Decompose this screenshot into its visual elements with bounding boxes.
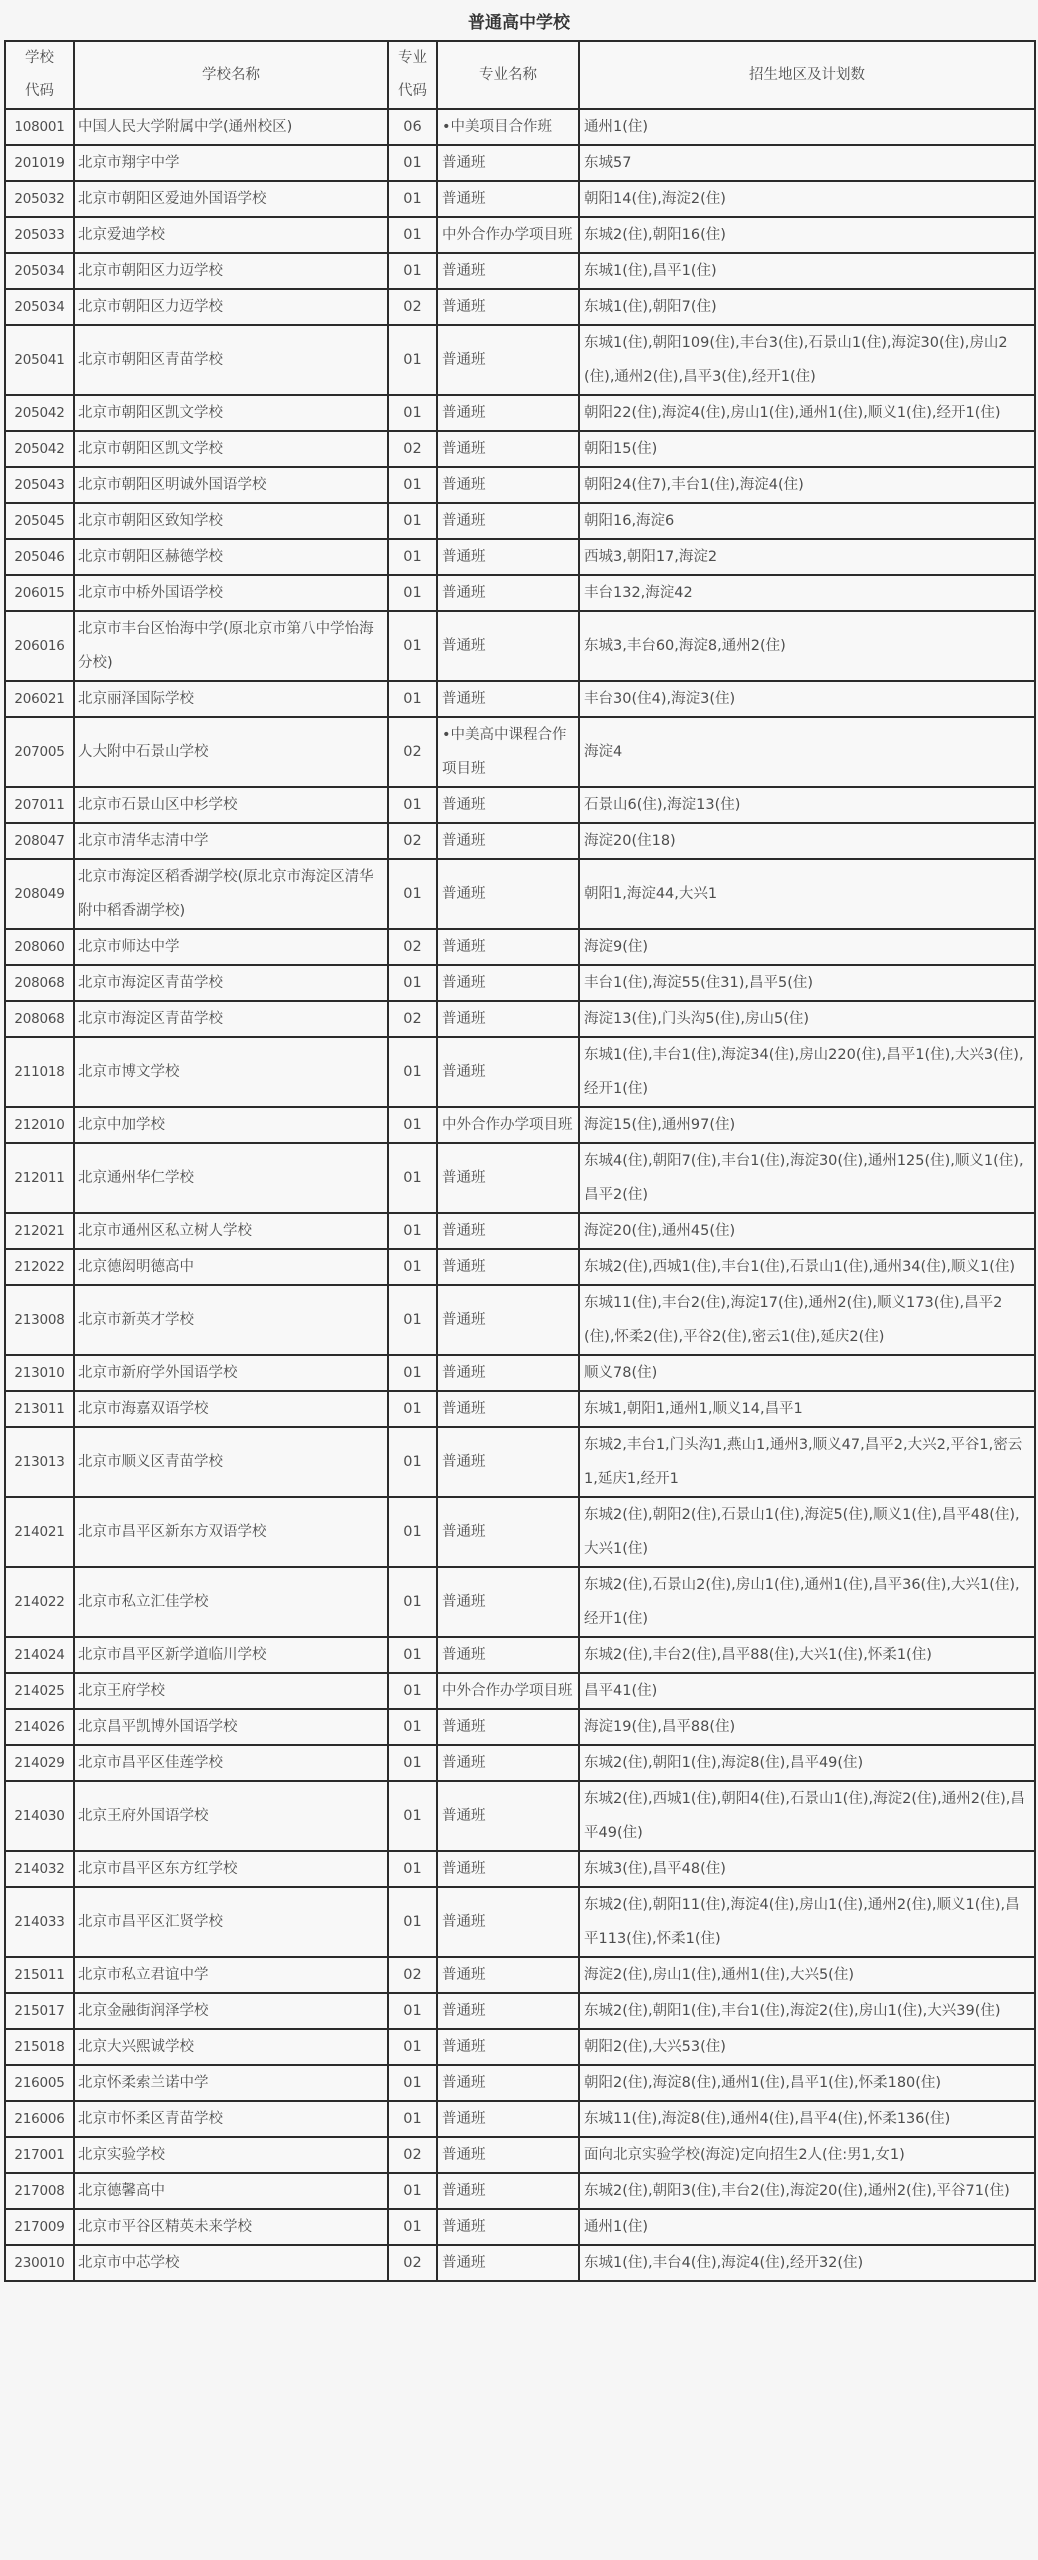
major-code-cell: 01 — [388, 787, 437, 823]
major-code-cell: 01 — [388, 467, 437, 503]
school-name-cell: 北京王府学校 — [74, 1673, 388, 1709]
major-code-cell: 01 — [388, 681, 437, 717]
school-code-cell: 205042 — [5, 395, 74, 431]
school-code-cell: 205041 — [5, 325, 74, 395]
table-row: 205033北京爱迪学校01中外合作办学项目班东城2(住),朝阳16(住) — [5, 217, 1035, 253]
table-row: 214022北京市私立汇佳学校01普通班东城2(住),石景山2(住),房山1(住… — [5, 1567, 1035, 1637]
school-code-cell: 217009 — [5, 2209, 74, 2245]
table-row: 230010北京市中芯学校02普通班东城1(住),丰台4(住),海淀4(住),经… — [5, 2245, 1035, 2281]
school-name-cell: 北京市博文学校 — [74, 1037, 388, 1107]
major-code-cell: 01 — [388, 1497, 437, 1567]
plan-cell: 朝阳22(住),海淀4(住),房山1(住),通州1(住),顺义1(住),经开1(… — [579, 395, 1035, 431]
plan-cell: 东城3(住),昌平48(住) — [579, 1851, 1035, 1887]
table-row: 208060北京市师达中学02普通班海淀9(住) — [5, 929, 1035, 965]
plan-cell: 通州1(住) — [579, 2209, 1035, 2245]
table-row: 207011北京市石景山区中杉学校01普通班石景山6(住),海淀13(住) — [5, 787, 1035, 823]
table-row: 212010北京中加学校01中外合作办学项目班海淀15(住),通州97(住) — [5, 1107, 1035, 1143]
plan-cell: 海淀15(住),通州97(住) — [579, 1107, 1035, 1143]
table-row: 214021北京市昌平区新东方双语学校01普通班东城2(住),朝阳2(住),石景… — [5, 1497, 1035, 1567]
major-code-cell: 02 — [388, 2245, 437, 2281]
table-row: 208068北京市海淀区青苗学校01普通班丰台1(住),海淀55(住31),昌平… — [5, 965, 1035, 1001]
major-code-cell: 01 — [388, 859, 437, 929]
table-row: 206015北京市中桥外国语学校01普通班丰台132,海淀42 — [5, 575, 1035, 611]
header-school-code: 学校 代码 — [5, 41, 74, 109]
school-code-cell: 214021 — [5, 1497, 74, 1567]
major-code-cell: 01 — [388, 503, 437, 539]
school-code-cell: 208060 — [5, 929, 74, 965]
major-name-cell: •中美高中课程合作项目班 — [437, 717, 579, 787]
school-code-cell: 208047 — [5, 823, 74, 859]
header-major-name: 专业名称 — [437, 41, 579, 109]
major-code-cell: 01 — [388, 1673, 437, 1709]
major-name-cell: 普通班 — [437, 1037, 579, 1107]
table-row: 211018北京市博文学校01普通班东城1(住),丰台1(住),海淀34(住),… — [5, 1037, 1035, 1107]
table-row: 207005人大附中石景山学校02•中美高中课程合作项目班海淀4 — [5, 717, 1035, 787]
school-name-cell: 北京市中桥外国语学校 — [74, 575, 388, 611]
school-name-cell: 北京市朝阳区致知学校 — [74, 503, 388, 539]
school-name-cell: 北京市海嘉双语学校 — [74, 1391, 388, 1427]
major-code-cell: 01 — [388, 1213, 437, 1249]
school-name-cell: 北京大兴熙诚学校 — [74, 2029, 388, 2065]
major-code-cell: 01 — [388, 1745, 437, 1781]
major-name-cell: 普通班 — [437, 575, 579, 611]
plan-cell: 昌平41(住) — [579, 1673, 1035, 1709]
major-name-cell: 普通班 — [437, 325, 579, 395]
major-code-cell: 01 — [388, 539, 437, 575]
school-code-cell: 212021 — [5, 1213, 74, 1249]
table-row: 201019北京市翔宇中学01普通班东城57 — [5, 145, 1035, 181]
school-code-cell: 216006 — [5, 2101, 74, 2137]
major-name-cell: •中美项目合作班 — [437, 109, 579, 145]
plan-cell: 海淀2(住),房山1(住),通州1(住),大兴5(住) — [579, 1957, 1035, 1993]
table-row: 213013北京市顺义区青苗学校01普通班东城2,丰台1,门头沟1,燕山1,通州… — [5, 1427, 1035, 1497]
major-code-cell: 01 — [388, 395, 437, 431]
major-name-cell: 普通班 — [437, 611, 579, 681]
major-code-cell: 01 — [388, 575, 437, 611]
school-name-cell: 北京市昌平区佳莲学校 — [74, 1745, 388, 1781]
major-code-cell: 01 — [388, 1709, 437, 1745]
plan-cell: 东城1(住),朝阳7(住) — [579, 289, 1035, 325]
school-name-cell: 北京昌平凯博外国语学校 — [74, 1709, 388, 1745]
table-row: 205041北京市朝阳区青苗学校01普通班东城1(住),朝阳109(住),丰台3… — [5, 325, 1035, 395]
table-row: 217009北京市平谷区精英未来学校01普通班通州1(住) — [5, 2209, 1035, 2245]
major-name-cell: 普通班 — [437, 1249, 579, 1285]
major-code-cell: 01 — [388, 1851, 437, 1887]
major-code-cell: 06 — [388, 109, 437, 145]
plan-cell: 东城1,朝阳1,通州1,顺义14,昌平1 — [579, 1391, 1035, 1427]
school-code-cell: 206015 — [5, 575, 74, 611]
major-name-cell: 中外合作办学项目班 — [437, 1673, 579, 1709]
plan-cell: 丰台1(住),海淀55(住31),昌平5(住) — [579, 965, 1035, 1001]
plan-cell: 朝阳2(住),海淀8(住),通州1(住),昌平1(住),怀柔180(住) — [579, 2065, 1035, 2101]
table-row: 205032北京市朝阳区爱迪外国语学校01普通班朝阳14(住),海淀2(住) — [5, 181, 1035, 217]
header-school-code-line2: 代码 — [25, 83, 54, 99]
header-school-name: 学校名称 — [74, 41, 388, 109]
plan-cell: 朝阳15(住) — [579, 431, 1035, 467]
plan-cell: 东城2(住),丰台2(住),昌平88(住),大兴1(住),怀柔1(住) — [579, 1637, 1035, 1673]
school-code-cell: 207005 — [5, 717, 74, 787]
header-major-code-line2: 代码 — [398, 83, 427, 99]
major-code-cell: 01 — [388, 1427, 437, 1497]
major-code-cell: 01 — [388, 1285, 437, 1355]
table-row: 208049北京市海淀区稻香湖学校(原北京市海淀区清华附中稻香湖学校)01普通班… — [5, 859, 1035, 929]
page-title: 普通高中学校 — [0, 0, 1038, 40]
major-code-cell: 01 — [388, 1107, 437, 1143]
plan-cell: 顺义78(住) — [579, 1355, 1035, 1391]
major-code-cell: 01 — [388, 1567, 437, 1637]
major-name-cell: 中外合作办学项目班 — [437, 217, 579, 253]
school-code-cell: 208049 — [5, 859, 74, 929]
major-name-cell: 普通班 — [437, 253, 579, 289]
major-name-cell: 普通班 — [437, 1391, 579, 1427]
school-name-cell: 北京通州华仁学校 — [74, 1143, 388, 1213]
school-name-cell: 北京市私立汇佳学校 — [74, 1567, 388, 1637]
major-code-cell: 01 — [388, 253, 437, 289]
school-name-cell: 北京市海淀区青苗学校 — [74, 1001, 388, 1037]
school-code-cell: 205032 — [5, 181, 74, 217]
school-code-cell: 205033 — [5, 217, 74, 253]
plan-cell: 海淀13(住),门头沟5(住),房山5(住) — [579, 1001, 1035, 1037]
school-name-cell: 人大附中石景山学校 — [74, 717, 388, 787]
major-name-cell: 普通班 — [437, 1285, 579, 1355]
school-code-cell: 214033 — [5, 1887, 74, 1957]
school-code-cell: 211018 — [5, 1037, 74, 1107]
plan-cell: 通州1(住) — [579, 109, 1035, 145]
school-name-cell: 北京市朝阳区凯文学校 — [74, 431, 388, 467]
plan-cell: 东城2,丰台1,门头沟1,燕山1,通州3,顺义47,昌平2,大兴2,平谷1,密云… — [579, 1427, 1035, 1497]
school-name-cell: 北京市昌平区东方红学校 — [74, 1851, 388, 1887]
school-code-cell: 206021 — [5, 681, 74, 717]
major-name-cell: 普通班 — [437, 965, 579, 1001]
major-name-cell: 普通班 — [437, 1993, 579, 2029]
plan-cell: 东城2(住),朝阳2(住),石景山1(住),海淀5(住),顺义1(住),昌平48… — [579, 1497, 1035, 1567]
school-name-cell: 北京金融街润泽学校 — [74, 1993, 388, 2029]
major-name-cell: 普通班 — [437, 181, 579, 217]
table-row: 208047北京市清华志清中学02普通班海淀20(住18) — [5, 823, 1035, 859]
table-row: 206021北京丽泽国际学校01普通班丰台30(住4),海淀3(住) — [5, 681, 1035, 717]
school-code-cell: 205046 — [5, 539, 74, 575]
school-code-cell: 230010 — [5, 2245, 74, 2281]
school-name-cell: 北京市翔宇中学 — [74, 145, 388, 181]
plan-cell: 东城2(住),石景山2(住),房山1(住),通州1(住),昌平36(住),大兴1… — [579, 1567, 1035, 1637]
major-code-cell: 02 — [388, 1001, 437, 1037]
school-name-cell: 北京市朝阳区力迈学校 — [74, 289, 388, 325]
major-name-cell: 普通班 — [437, 1851, 579, 1887]
major-code-cell: 01 — [388, 2029, 437, 2065]
plan-cell: 丰台132,海淀42 — [579, 575, 1035, 611]
school-name-cell: 北京市私立君谊中学 — [74, 1957, 388, 1993]
school-code-cell: 208068 — [5, 1001, 74, 1037]
major-name-cell: 普通班 — [437, 1637, 579, 1673]
school-name-cell: 北京市丰台区怡海中学(原北京市第八中学怡海分校) — [74, 611, 388, 681]
table-row: 213010北京市新府学外国语学校01普通班顺义78(住) — [5, 1355, 1035, 1391]
major-code-cell: 02 — [388, 2137, 437, 2173]
plan-cell: 朝阳14(住),海淀2(住) — [579, 181, 1035, 217]
table-row: 215017北京金融街润泽学校01普通班东城2(住),朝阳1(住),丰台1(住)… — [5, 1993, 1035, 2029]
plan-cell: 东城1(住),朝阳109(住),丰台3(住),石景山1(住),海淀30(住),房… — [579, 325, 1035, 395]
school-name-cell: 北京怀柔索兰诺中学 — [74, 2065, 388, 2101]
school-name-cell: 北京市顺义区青苗学校 — [74, 1427, 388, 1497]
school-code-cell: 214032 — [5, 1851, 74, 1887]
school-code-cell: 206016 — [5, 611, 74, 681]
table-row: 214029北京市昌平区佳莲学校01普通班东城2(住),朝阳1(住),海淀8(住… — [5, 1745, 1035, 1781]
school-name-cell: 北京实验学校 — [74, 2137, 388, 2173]
major-name-cell: 普通班 — [437, 2137, 579, 2173]
plan-cell: 海淀20(住),通州45(住) — [579, 1213, 1035, 1249]
major-name-cell: 普通班 — [437, 859, 579, 929]
school-name-cell: 北京市朝阳区赫德学校 — [74, 539, 388, 575]
table-row: 205042北京市朝阳区凯文学校01普通班朝阳22(住),海淀4(住),房山1(… — [5, 395, 1035, 431]
school-name-cell: 北京丽泽国际学校 — [74, 681, 388, 717]
plan-cell: 石景山6(住),海淀13(住) — [579, 787, 1035, 823]
school-code-cell: 213010 — [5, 1355, 74, 1391]
plan-cell: 朝阳16,海淀6 — [579, 503, 1035, 539]
school-name-cell: 北京市海淀区青苗学校 — [74, 965, 388, 1001]
plan-cell: 朝阳2(住),大兴53(住) — [579, 2029, 1035, 2065]
school-code-cell: 212010 — [5, 1107, 74, 1143]
major-code-cell: 01 — [388, 145, 437, 181]
school-name-cell: 北京市通州区私立树人学校 — [74, 1213, 388, 1249]
table-row: 214026北京昌平凯博外国语学校01普通班海淀19(住),昌平88(住) — [5, 1709, 1035, 1745]
school-code-cell: 213008 — [5, 1285, 74, 1355]
table-row: 217001北京实验学校02普通班面向北京实验学校(海淀)定向招生2人(住:男1… — [5, 2137, 1035, 2173]
plan-cell: 面向北京实验学校(海淀)定向招生2人(住:男1,女1) — [579, 2137, 1035, 2173]
plan-cell: 东城2(住),西城1(住),丰台1(住),石景山1(住),通州34(住),顺义1… — [579, 1249, 1035, 1285]
plan-cell: 东城2(住),朝阳16(住) — [579, 217, 1035, 253]
school-name-cell: 北京市朝阳区青苗学校 — [74, 325, 388, 395]
school-name-cell: 北京市平谷区精英未来学校 — [74, 2209, 388, 2245]
plan-cell: 东城11(住),海淀8(住),通州4(住),昌平4(住),怀柔136(住) — [579, 2101, 1035, 2137]
school-code-cell: 214024 — [5, 1637, 74, 1673]
major-name-cell: 普通班 — [437, 2029, 579, 2065]
school-name-cell: 北京市朝阳区凯文学校 — [74, 395, 388, 431]
major-name-cell: 普通班 — [437, 823, 579, 859]
school-code-cell: 205045 — [5, 503, 74, 539]
table-row: 214033北京市昌平区汇贤学校01普通班东城2(住),朝阳11(住),海淀4(… — [5, 1887, 1035, 1957]
plan-cell: 东城1(住),丰台1(住),海淀34(住),房山220(住),昌平1(住),大兴… — [579, 1037, 1035, 1107]
table-row: 205045北京市朝阳区致知学校01普通班朝阳16,海淀6 — [5, 503, 1035, 539]
school-code-cell: 205034 — [5, 289, 74, 325]
major-code-cell: 02 — [388, 289, 437, 325]
major-name-cell: 普通班 — [437, 145, 579, 181]
school-name-cell: 北京王府外国语学校 — [74, 1781, 388, 1851]
table-row: 216006北京市怀柔区青苗学校01普通班东城11(住),海淀8(住),通州4(… — [5, 2101, 1035, 2137]
school-code-cell: 214030 — [5, 1781, 74, 1851]
major-name-cell: 普通班 — [437, 1355, 579, 1391]
school-code-cell: 214026 — [5, 1709, 74, 1745]
major-name-cell: 普通班 — [437, 1143, 579, 1213]
table-row: 214030北京王府外国语学校01普通班东城2(住),西城1(住),朝阳4(住)… — [5, 1781, 1035, 1851]
school-code-cell: 108001 — [5, 109, 74, 145]
plan-cell: 海淀19(住),昌平88(住) — [579, 1709, 1035, 1745]
major-name-cell: 普通班 — [437, 2101, 579, 2137]
major-name-cell: 普通班 — [437, 681, 579, 717]
header-plan: 招生地区及计划数 — [579, 41, 1035, 109]
major-name-cell: 普通班 — [437, 1001, 579, 1037]
school-name-cell: 北京市怀柔区青苗学校 — [74, 2101, 388, 2137]
major-code-cell: 02 — [388, 1957, 437, 1993]
school-name-cell: 北京市昌平区新东方双语学校 — [74, 1497, 388, 1567]
major-name-cell: 普通班 — [437, 1957, 579, 1993]
school-code-cell: 215017 — [5, 1993, 74, 2029]
table-row: 212011北京通州华仁学校01普通班东城4(住),朝阳7(住),丰台1(住),… — [5, 1143, 1035, 1213]
school-name-cell: 北京市昌平区汇贤学校 — [74, 1887, 388, 1957]
major-name-cell: 普通班 — [437, 1213, 579, 1249]
major-code-cell: 01 — [388, 1887, 437, 1957]
school-code-cell: 217008 — [5, 2173, 74, 2209]
table-row: 212021北京市通州区私立树人学校01普通班海淀20(住),通州45(住) — [5, 1213, 1035, 1249]
school-code-cell: 205034 — [5, 253, 74, 289]
plan-cell: 东城2(住),朝阳1(住),丰台1(住),海淀2(住),房山1(住),大兴39(… — [579, 1993, 1035, 2029]
major-name-cell: 普通班 — [437, 1887, 579, 1957]
school-code-cell: 212022 — [5, 1249, 74, 1285]
school-code-cell: 214025 — [5, 1673, 74, 1709]
table-header-row: 学校 代码 学校名称 专业 代码 专业名称 招生地区及计划数 — [5, 41, 1035, 109]
school-name-cell: 北京爱迪学校 — [74, 217, 388, 253]
major-name-cell: 普通班 — [437, 431, 579, 467]
table-row: 214024北京市昌平区新学道临川学校01普通班东城2(住),丰台2(住),昌平… — [5, 1637, 1035, 1673]
major-code-cell: 01 — [388, 1249, 437, 1285]
school-code-cell: 205043 — [5, 467, 74, 503]
school-name-cell: 北京德闳明德高中 — [74, 1249, 388, 1285]
plan-cell: 朝阳24(住7),丰台1(住),海淀4(住) — [579, 467, 1035, 503]
major-name-cell: 中外合作办学项目班 — [437, 1107, 579, 1143]
table-row: 108001中国人民大学附属中学(通州校区)06•中美项目合作班通州1(住) — [5, 109, 1035, 145]
major-code-cell: 02 — [388, 929, 437, 965]
school-name-cell: 北京德馨高中 — [74, 2173, 388, 2209]
plan-cell: 东城3,丰台60,海淀8,通州2(住) — [579, 611, 1035, 681]
school-name-cell: 北京市石景山区中杉学校 — [74, 787, 388, 823]
school-name-cell: 北京市朝阳区爱迪外国语学校 — [74, 181, 388, 217]
major-code-cell: 01 — [388, 2101, 437, 2137]
table-row: 215011北京市私立君谊中学02普通班海淀2(住),房山1(住),通州1(住)… — [5, 1957, 1035, 1993]
table-row: 216005北京怀柔索兰诺中学01普通班朝阳2(住),海淀8(住),通州1(住)… — [5, 2065, 1035, 2101]
school-code-cell: 212011 — [5, 1143, 74, 1213]
school-code-cell: 207011 — [5, 787, 74, 823]
major-code-cell: 01 — [388, 1143, 437, 1213]
table-row: 205042北京市朝阳区凯文学校02普通班朝阳15(住) — [5, 431, 1035, 467]
plan-cell: 东城2(住),朝阳3(住),丰台2(住),海淀20(住),通州2(住),平谷71… — [579, 2173, 1035, 2209]
major-name-cell: 普通班 — [437, 787, 579, 823]
table-row: 206016北京市丰台区怡海中学(原北京市第八中学怡海分校)01普通班东城3,丰… — [5, 611, 1035, 681]
school-name-cell: 北京市朝阳区力迈学校 — [74, 253, 388, 289]
table-row: 217008北京德馨高中01普通班东城2(住),朝阳3(住),丰台2(住),海淀… — [5, 2173, 1035, 2209]
admission-plan-table: 学校 代码 学校名称 专业 代码 专业名称 招生地区及计划数 108001中国人… — [4, 40, 1036, 2282]
major-code-cell: 02 — [388, 431, 437, 467]
header-school-code-line1: 学校 — [25, 50, 54, 66]
major-code-cell: 01 — [388, 2209, 437, 2245]
header-major-code-line1: 专业 — [398, 50, 427, 66]
school-code-cell: 213011 — [5, 1391, 74, 1427]
major-code-cell: 01 — [388, 1355, 437, 1391]
major-code-cell: 01 — [388, 1781, 437, 1851]
major-name-cell: 普通班 — [437, 289, 579, 325]
school-code-cell: 213013 — [5, 1427, 74, 1497]
plan-cell: 东城2(住),西城1(住),朝阳4(住),石景山1(住),海淀2(住),通州2(… — [579, 1781, 1035, 1851]
school-name-cell: 北京中加学校 — [74, 1107, 388, 1143]
table-row: 205043北京市朝阳区明诚外国语学校01普通班朝阳24(住7),丰台1(住),… — [5, 467, 1035, 503]
plan-cell: 西城3,朝阳17,海淀2 — [579, 539, 1035, 575]
major-code-cell: 01 — [388, 1993, 437, 2029]
school-name-cell: 北京市海淀区稻香湖学校(原北京市海淀区清华附中稻香湖学校) — [74, 859, 388, 929]
major-code-cell: 01 — [388, 965, 437, 1001]
school-code-cell: 216005 — [5, 2065, 74, 2101]
table-row: 215018北京大兴熙诚学校01普通班朝阳2(住),大兴53(住) — [5, 2029, 1035, 2065]
major-name-cell: 普通班 — [437, 2245, 579, 2281]
header-major-code: 专业 代码 — [388, 41, 437, 109]
table-row: 214032北京市昌平区东方红学校01普通班东城3(住),昌平48(住) — [5, 1851, 1035, 1887]
plan-cell: 东城1(住),昌平1(住) — [579, 253, 1035, 289]
school-name-cell: 北京市清华志清中学 — [74, 823, 388, 859]
major-name-cell: 普通班 — [437, 1781, 579, 1851]
school-code-cell: 214029 — [5, 1745, 74, 1781]
school-name-cell: 北京市新府学外国语学校 — [74, 1355, 388, 1391]
major-code-cell: 02 — [388, 823, 437, 859]
table-row: 205046北京市朝阳区赫德学校01普通班西城3,朝阳17,海淀2 — [5, 539, 1035, 575]
table-body: 108001中国人民大学附属中学(通州校区)06•中美项目合作班通州1(住)20… — [5, 109, 1035, 2281]
table-row: 213011北京市海嘉双语学校01普通班东城1,朝阳1,通州1,顺义14,昌平1 — [5, 1391, 1035, 1427]
major-code-cell: 01 — [388, 325, 437, 395]
table-row: 208068北京市海淀区青苗学校02普通班海淀13(住),门头沟5(住),房山5… — [5, 1001, 1035, 1037]
major-name-cell: 普通班 — [437, 1709, 579, 1745]
plan-cell: 东城1(住),丰台4(住),海淀4(住),经开32(住) — [579, 2245, 1035, 2281]
major-code-cell: 01 — [388, 1037, 437, 1107]
major-name-cell: 普通班 — [437, 395, 579, 431]
major-name-cell: 普通班 — [437, 2065, 579, 2101]
major-name-cell: 普通班 — [437, 929, 579, 965]
school-code-cell: 215011 — [5, 1957, 74, 1993]
school-code-cell: 208068 — [5, 965, 74, 1001]
school-name-cell: 北京市朝阳区明诚外国语学校 — [74, 467, 388, 503]
major-name-cell: 普通班 — [437, 2173, 579, 2209]
plan-cell: 东城11(住),丰台2(住),海淀17(住),通州2(住),顺义173(住),昌… — [579, 1285, 1035, 1355]
table-row: 214025北京王府学校01中外合作办学项目班昌平41(住) — [5, 1673, 1035, 1709]
plan-cell: 东城2(住),朝阳11(住),海淀4(住),房山1(住),通州2(住),顺义1(… — [579, 1887, 1035, 1957]
table-row: 213008北京市新英才学校01普通班东城11(住),丰台2(住),海淀17(住… — [5, 1285, 1035, 1355]
school-name-cell: 北京市中芯学校 — [74, 2245, 388, 2281]
plan-cell: 东城57 — [579, 145, 1035, 181]
table-row: 212022北京德闳明德高中01普通班东城2(住),西城1(住),丰台1(住),… — [5, 1249, 1035, 1285]
major-name-cell: 普通班 — [437, 2209, 579, 2245]
plan-cell: 海淀4 — [579, 717, 1035, 787]
plan-cell: 东城4(住),朝阳7(住),丰台1(住),海淀30(住),通州125(住),顺义… — [579, 1143, 1035, 1213]
school-name-cell: 北京市昌平区新学道临川学校 — [74, 1637, 388, 1673]
table-row: 205034北京市朝阳区力迈学校02普通班东城1(住),朝阳7(住) — [5, 289, 1035, 325]
plan-cell: 丰台30(住4),海淀3(住) — [579, 681, 1035, 717]
school-code-cell: 201019 — [5, 145, 74, 181]
plan-cell: 海淀9(住) — [579, 929, 1035, 965]
major-code-cell: 01 — [388, 611, 437, 681]
plan-cell: 海淀20(住18) — [579, 823, 1035, 859]
school-code-cell: 215018 — [5, 2029, 74, 2065]
major-code-cell: 01 — [388, 1637, 437, 1673]
major-code-cell: 01 — [388, 1391, 437, 1427]
major-name-cell: 普通班 — [437, 1745, 579, 1781]
major-code-cell: 01 — [388, 2065, 437, 2101]
major-name-cell: 普通班 — [437, 1427, 579, 1497]
plan-cell: 东城2(住),朝阳1(住),海淀8(住),昌平49(住) — [579, 1745, 1035, 1781]
major-name-cell: 普通班 — [437, 1567, 579, 1637]
school-name-cell: 中国人民大学附属中学(通州校区) — [74, 109, 388, 145]
school-code-cell: 217001 — [5, 2137, 74, 2173]
major-code-cell: 01 — [388, 2173, 437, 2209]
major-name-cell: 普通班 — [437, 1497, 579, 1567]
major-name-cell: 普通班 — [437, 467, 579, 503]
school-code-cell: 214022 — [5, 1567, 74, 1637]
major-code-cell: 02 — [388, 717, 437, 787]
major-name-cell: 普通班 — [437, 503, 579, 539]
major-name-cell: 普通班 — [437, 539, 579, 575]
